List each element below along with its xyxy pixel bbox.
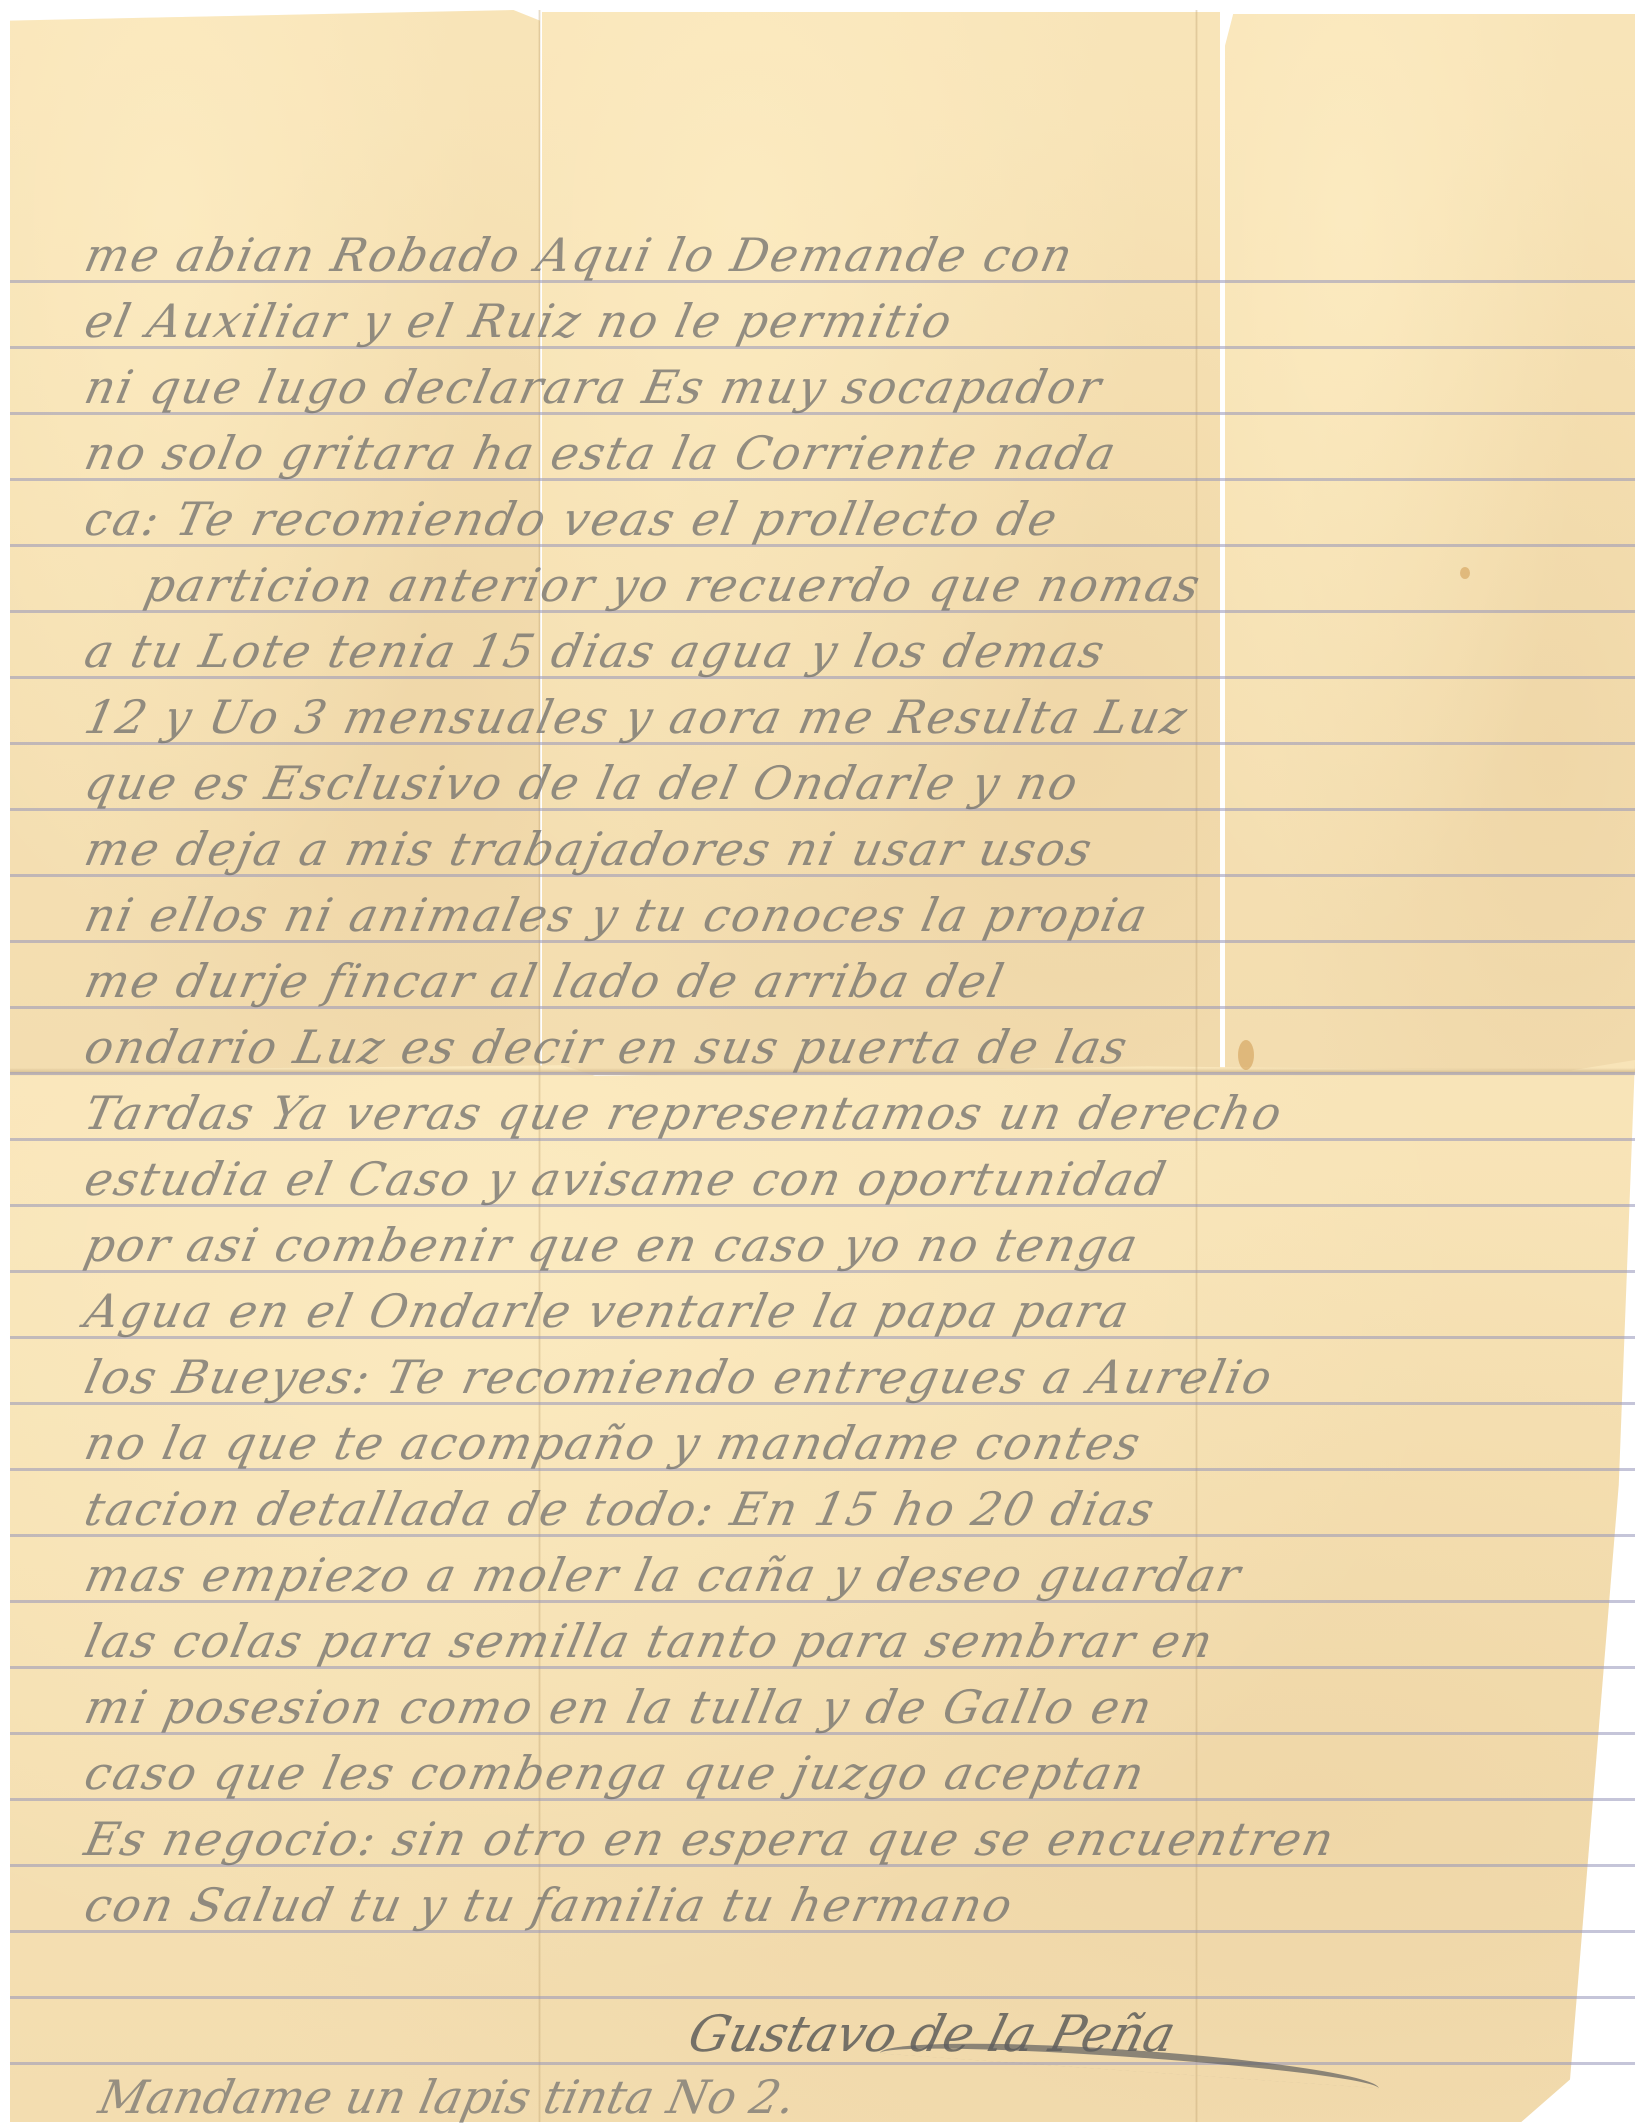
letter-line: con Salud tu y tu familia tu hermano (80, 1878, 1019, 1932)
stain-mark (1238, 1040, 1254, 1070)
letter-line: mi posesion como en la tulla y de Gallo … (80, 1680, 1159, 1734)
letter-line: por asi combenir que en caso yo no tenga (80, 1218, 1144, 1272)
letter-line: Tardas Ya veras que representamos un der… (80, 1086, 1288, 1140)
stain-mark (1460, 567, 1470, 579)
letter-line: los Bueyes: Te recomiendo entregues a Au… (80, 1350, 1279, 1404)
letter-line: ni ellos ni animales y tu conoces la pro… (80, 888, 1154, 942)
vertical-fold-right (1195, 10, 1198, 2122)
letter-line: tacion detallada de todo: En 15 ho 20 di… (80, 1482, 1161, 1536)
letter-line: me durje fincar al lado de arriba del (80, 954, 1010, 1008)
letter-line: Es negocio: sin otro en espera que se en… (80, 1812, 1340, 1866)
postscript: Mandame un lapis tinta No 2. (94, 2070, 800, 2124)
letter-line: ondario Luz es decir en sus puerta de la… (80, 1020, 1134, 1074)
letter-line: ni que lugo declarara Es muy socapador (80, 360, 1108, 414)
letter-line: ca: Te recomiendo veas el prollecto de (80, 492, 1064, 546)
letter-line: particion anterior yo recuerdo que nomas (140, 558, 1206, 612)
letter-line: me deja a mis trabajadores ni usar usos (80, 822, 1098, 876)
letter-line: me abian Robado Aqui lo Demande con (80, 228, 1079, 282)
paper-panel-top-right (1225, 14, 1635, 1072)
letter-line: estudia el Caso y avisame con oportunida… (80, 1152, 1172, 1206)
letter-line: a tu Lote tenia 15 dias agua y los demas (80, 624, 1111, 678)
letter-line: las colas para semilla tanto para sembra… (80, 1614, 1219, 1668)
letter-line: Agua en el Ondarle ventarle la papa para (80, 1284, 1135, 1338)
letter-line: 12 y Uo 3 mensuales y aora me Resulta Lu… (80, 690, 1193, 744)
letter-line: no solo gritara ha esta la Corriente nad… (80, 426, 1122, 480)
letter-line: que es Esclusivo de la del Ondarle y no (80, 756, 1084, 810)
letter-line: mas empiezo a moler la caña y deseo guar… (80, 1548, 1247, 1602)
letter-sheet: me abian Robado Aqui lo Demande conel Au… (10, 10, 1635, 2122)
letter-line: el Auxiliar y el Ruiz no le permitio (80, 294, 958, 348)
letter-line: no la que te acompaño y mandame contes (80, 1416, 1147, 1470)
letter-line: caso que les combenga que juzgo aceptan (80, 1746, 1151, 1800)
